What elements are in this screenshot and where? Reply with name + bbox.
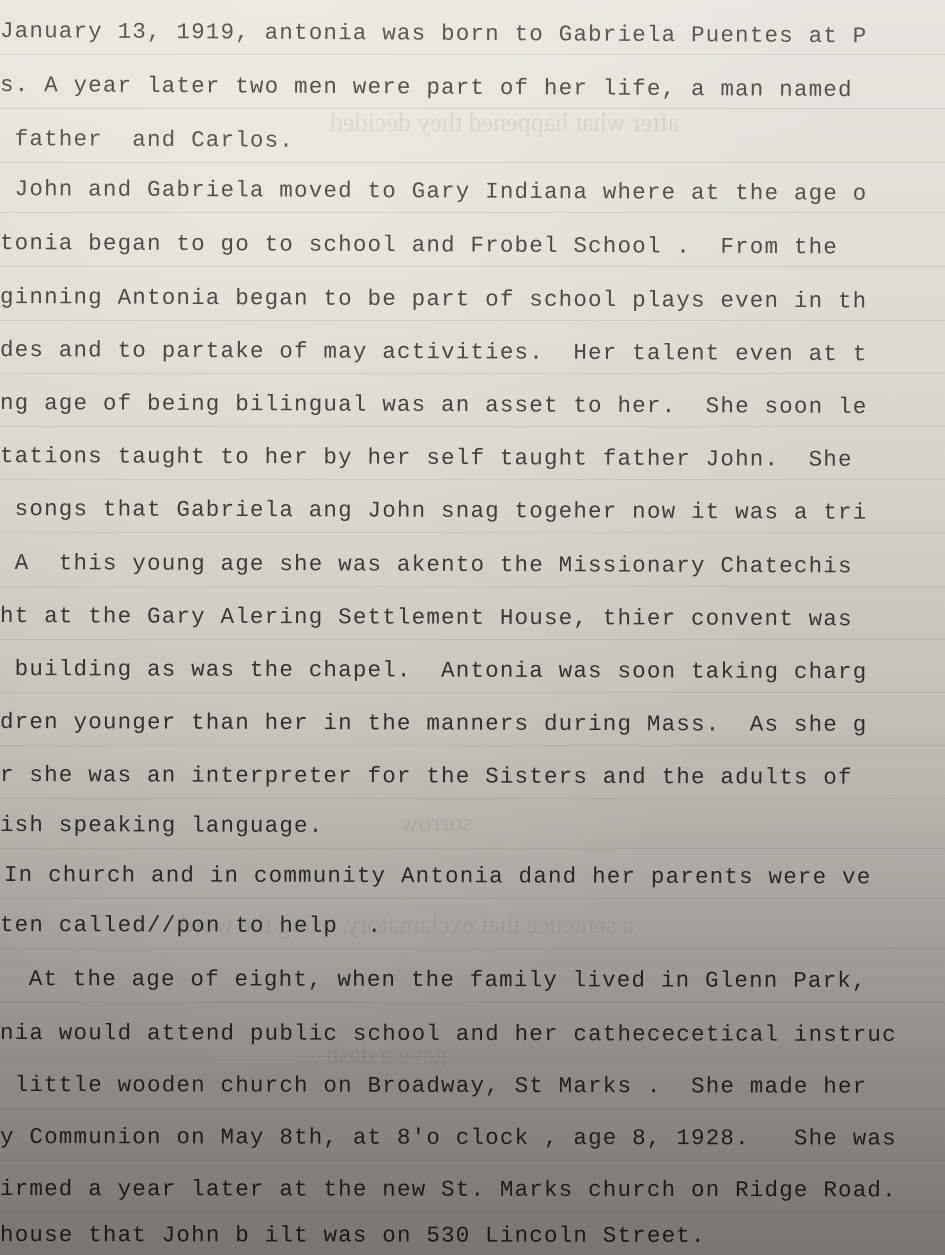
page-rule-line bbox=[0, 1108, 945, 1109]
bleed-through-text: after what happened they decided bbox=[330, 108, 679, 138]
typed-line: In church and in community Antonia dand … bbox=[4, 862, 872, 890]
typed-line: y Communion on May 8th, at 8'o clock , a… bbox=[0, 1124, 897, 1152]
bleed-through-text: sorrow bbox=[400, 808, 472, 838]
page-rule-line bbox=[0, 162, 945, 163]
typed-line: ten called//pon to help . bbox=[0, 912, 382, 939]
page-rule-line bbox=[0, 1002, 945, 1003]
typed-line: ish speaking language. bbox=[0, 812, 323, 839]
typed-line: A this young age she was akento the Miss… bbox=[0, 550, 853, 579]
page-rule-line bbox=[0, 948, 945, 949]
typed-line: tonia began to go to school and Frobel S… bbox=[0, 230, 838, 260]
page-rule-line bbox=[0, 1212, 945, 1213]
typed-line: des and to partake of may activities. He… bbox=[0, 337, 867, 367]
page-rule-line bbox=[0, 798, 945, 799]
typed-line: dren younger than her in the manners dur… bbox=[0, 709, 867, 738]
typed-line: John and Gabriela moved to Gary Indiana … bbox=[0, 176, 867, 207]
page-rule-line bbox=[0, 212, 945, 213]
typed-line: tations taught to her by her self taught… bbox=[0, 443, 853, 473]
typed-line: father and Carlos. bbox=[0, 126, 294, 154]
typed-line: ginning Antonia began to be part of scho… bbox=[0, 284, 867, 314]
page-rule-line bbox=[0, 266, 945, 267]
page-rule-line bbox=[0, 1056, 945, 1057]
page-rule-line bbox=[0, 426, 945, 427]
page-rule-line bbox=[0, 532, 945, 533]
typed-line: building as was the chapel. Antonia was … bbox=[0, 656, 867, 685]
typed-line: ng age of being bilingual was an asset t… bbox=[0, 390, 867, 420]
typed-line: house that John b ilt was on 530 Lincoln… bbox=[0, 1222, 706, 1249]
page-rule-line bbox=[0, 1160, 945, 1161]
page-rule-line bbox=[0, 479, 945, 480]
page-rule-line bbox=[0, 848, 945, 849]
typed-line: At the age of eight, when the family liv… bbox=[14, 966, 867, 994]
typed-line: s. A year later two men were part of her… bbox=[0, 72, 853, 103]
page-rule-line bbox=[0, 898, 945, 899]
page-rule-line bbox=[0, 54, 945, 55]
typed-line: r she was an interpreter for the Sisters… bbox=[0, 762, 853, 791]
typed-line: ht at the Gary Alering Settlement House,… bbox=[0, 603, 853, 632]
page-rule-line bbox=[0, 639, 945, 640]
typed-line: little wooden church on Broadway, St Mar… bbox=[0, 1072, 867, 1100]
page-rule-line bbox=[0, 320, 945, 321]
typewritten-page: after what happened they decided a sente… bbox=[0, 0, 945, 1255]
typed-line: nia would attend public school and her c… bbox=[0, 1020, 897, 1048]
page-rule-line bbox=[0, 108, 945, 109]
typed-line: songs that Gabriela ang John snag togehe… bbox=[0, 496, 867, 526]
page-rule-line bbox=[0, 745, 945, 746]
typed-line: irmed a year later at the new St. Marks … bbox=[0, 1176, 897, 1203]
page-rule-line bbox=[0, 692, 945, 693]
typed-line: January 13, 1919, antonia was born to Ga… bbox=[0, 18, 868, 49]
page-rule-line bbox=[0, 586, 945, 587]
page-rule-line bbox=[0, 373, 945, 374]
